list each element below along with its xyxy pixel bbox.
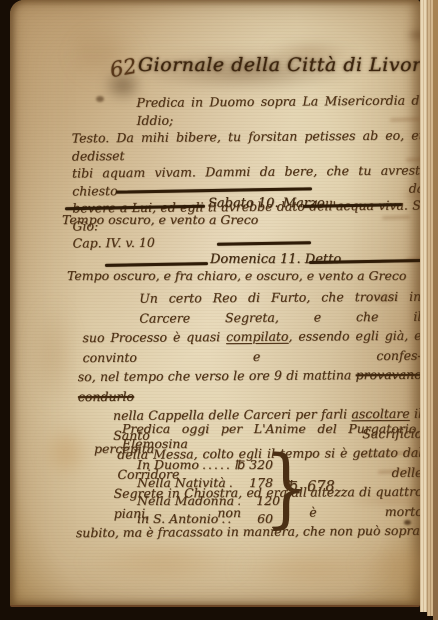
underlined-word: compilato xyxy=(226,329,288,344)
manuscript-line: Testo. Da mihi bibere, tu forsitan petis… xyxy=(72,126,424,164)
manuscript-line: tibi aquam vivam. Dammi da bere, che tu … xyxy=(72,161,424,199)
manuscript-line: so, nel tempo che verso le ore 9 di matt… xyxy=(72,365,422,406)
sermon-intro-paragraph: Predica in Duomo sopra La Misericordia d… xyxy=(71,91,424,252)
alms-place: Nella Madonna xyxy=(137,492,234,510)
dot-leader: ..... xyxy=(226,474,233,492)
heading-rule-left xyxy=(105,262,208,266)
alms-total: ℔. 678 xyxy=(286,479,335,495)
weather-note: Tempo oscuro, e fra chiaro, e oscuro, e … xyxy=(67,268,406,283)
alms-place: In Duomo xyxy=(137,456,199,474)
folio-number: 62 xyxy=(108,54,138,82)
alms-row: Nella Natività ..... 178 xyxy=(137,474,273,492)
manuscript-page: 62 Giornale della Città di Livorno Predi… xyxy=(10,0,420,607)
heading-rule-right xyxy=(309,259,423,264)
date-heading-sunday: Domenica 11. Detto xyxy=(210,252,341,267)
alms-place: in S. Antonio xyxy=(137,510,218,528)
manuscript-line: Un certo Reo di Furto, che trovasi in Ca… xyxy=(71,287,421,328)
alms-row: in S. Antonio ...... 60 xyxy=(137,510,273,528)
stain xyxy=(32,300,74,410)
weather-note: Tempo oscuro, e vento a Greco xyxy=(62,212,258,227)
manuscript-line: suo Processo è quasi compilato, essendo … xyxy=(71,326,421,367)
photographed-manuscript: 62 Giornale della Città di Livorno Predi… xyxy=(0,0,438,620)
water-stain xyxy=(80,538,250,586)
water-stain xyxy=(230,548,390,588)
book-fore-edge xyxy=(420,0,427,612)
line-segment: so, nel tempo che verso le ore 9 di matt… xyxy=(78,367,356,384)
dot-leader: ........ xyxy=(199,456,233,474)
alms-row: Nella Madonna ..... 120 xyxy=(137,492,273,510)
alms-place: Nella Natività xyxy=(137,474,226,492)
manuscript-line: Predica in Duomo sopra La Misericordia d… xyxy=(71,91,423,129)
sermon-note: percepita xyxy=(94,441,154,456)
alms-row: In Duomo ........ ℔ 320 xyxy=(137,456,273,474)
book-fore-edge xyxy=(433,0,438,620)
underlined-word: ascoltare xyxy=(351,406,409,421)
page-title: Giornale della Città di Livorno xyxy=(138,54,404,76)
line-segment: suo Processo è quasi xyxy=(82,329,226,345)
dot-leader: ...... xyxy=(218,510,233,528)
date-heading-saturday: Sabato 10. Marzo xyxy=(208,196,325,211)
alms-account-list: In Duomo ........ ℔ 320 Nella Natività .… xyxy=(137,456,273,528)
